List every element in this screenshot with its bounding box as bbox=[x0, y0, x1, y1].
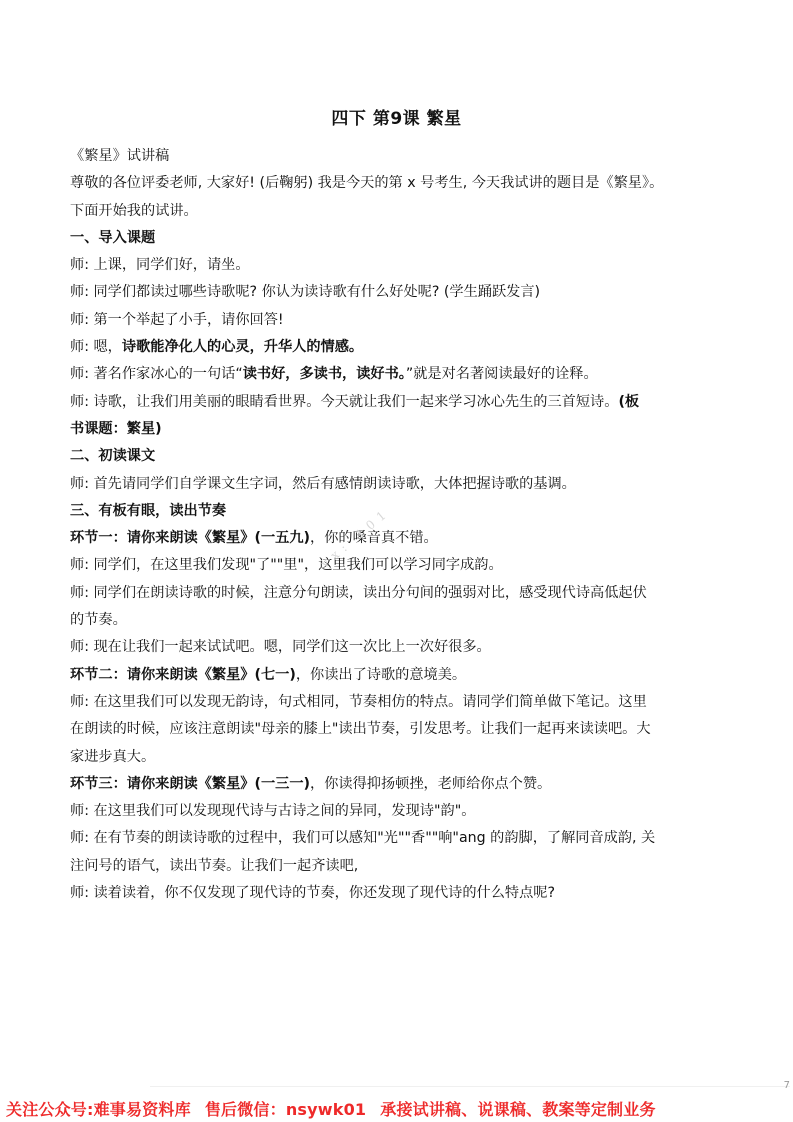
speaker-label: 师: bbox=[70, 639, 89, 655]
speaker-label: 师: bbox=[70, 257, 89, 273]
document-body: 《繁星》试讲稿 尊敬的各位评委老师, 大家好! (后鞠躬) 我是今天的第 x 号… bbox=[70, 143, 735, 907]
segment-title: 请你来朗读《繁星》(七一) bbox=[127, 667, 296, 683]
dialogue-text: 嗯， bbox=[93, 339, 121, 355]
dialogue-line: 师: 上课，同学们好，请坐。 bbox=[70, 252, 735, 279]
speaker-label: 师: bbox=[70, 284, 89, 300]
dialogue-line: 师: 读着读着，你不仅发现了现代诗的节奏，你还发现了现代诗的什么特点呢? bbox=[70, 880, 735, 907]
dialogue-text: 诗歌，让我们用美丽的眼睛看世界。今天就让我们一起来学习冰心先生的三首短诗。 bbox=[93, 394, 618, 410]
dialogue-line: 师: 在这里我们可以发现现代诗与古诗之间的异同，发现诗"韵"。 bbox=[70, 798, 735, 825]
dialogue-continuation: 注问号的语气，读出节奏。让我们一起齐读吧, bbox=[70, 853, 735, 880]
segment-heading-1: 环节一：请你来朗读《繁星》(一五九)，你的嗓音真不错。 bbox=[70, 525, 735, 552]
dialogue-text: 现在让我们一起来试试吧。嗯，同学们这一次比上一次好很多。 bbox=[93, 639, 490, 655]
dialogue-line: 师: 在这里我们可以发现无韵诗，句式相同，节奏相仿的特点。请同学们简单做下笔记。… bbox=[70, 689, 735, 716]
speaker-label: 师: bbox=[70, 885, 89, 901]
speaker-label: 师: bbox=[70, 312, 89, 328]
segment-heading-2: 环节二：请你来朗读《繁星》(七一)，你读出了诗歌的意境美。 bbox=[70, 662, 735, 689]
dialogue-line: 师: 著名作家冰心的一句话“读书好，多读书，读好书。”就是对名著阅读最好的诠释。 bbox=[70, 361, 735, 388]
speaker-label: 师: bbox=[70, 366, 89, 382]
dialogue-continuation: 家进步真大。 bbox=[70, 744, 735, 771]
dialogue-continuation: 的节奏。 bbox=[70, 607, 735, 634]
segment-heading-3: 环节三：请你来朗读《繁星》(一三一)，你读得抑扬顿挫，老师给你点个赞。 bbox=[70, 771, 735, 798]
promo-footer: 关注公众号:难事易资料库售后微信：nsywk01承接试讲稿、说课稿、教案等定制业… bbox=[6, 1097, 670, 1120]
dialogue-text: 在这里我们可以发现无韵诗，句式相同，节奏相仿的特点。请同学们简单做下笔记。这里 bbox=[93, 694, 646, 710]
dialogue-continuation: 书课题：繁星) bbox=[70, 416, 735, 443]
dialogue-continuation: 在朗读的时候，应该注意朗读"母亲的膝上"读出节奏，引发思考。让我们一起再来读读吧… bbox=[70, 716, 735, 743]
dialogue-text: 同学们都读过哪些诗歌呢? 你认为读诗歌有什么好处呢? (学生踊跃发言) bbox=[93, 284, 540, 300]
intro-line-1: 尊敬的各位评委老师, 大家好! (后鞠躬) 我是今天的第 x 号考生, 今天我试… bbox=[70, 170, 735, 197]
dialogue-text: 同学们，在这里我们发现"了""里"，这里我们可以学习同字成韵。 bbox=[93, 557, 502, 573]
speaker-label: 师: bbox=[70, 394, 89, 410]
corner-mark: 7 bbox=[784, 1080, 790, 1091]
dialogue-line: 师: 嗯，诗歌能净化人的心灵，升华人的情感。 bbox=[70, 334, 735, 361]
intro-line-2: 下面开始我的试讲。 bbox=[70, 198, 735, 225]
emphasis-text: 读书好，多读书，读好书。 bbox=[243, 366, 406, 382]
dialogue-line: 师: 同学们，在这里我们发现"了""里"，这里我们可以学习同字成韵。 bbox=[70, 552, 735, 579]
segment-label: 环节三： bbox=[70, 776, 127, 792]
section-heading-3: 三、有板有眼，读出节奏 bbox=[70, 498, 735, 525]
dialogue-line: 师: 同学们都读过哪些诗歌呢? 你认为读诗歌有什么好处呢? (学生踊跃发言) bbox=[70, 279, 735, 306]
segment-comment: ，你读出了诗歌的意境美。 bbox=[296, 667, 466, 683]
emphasis-text: 诗歌能净化人的心灵，升华人的情感。 bbox=[122, 339, 363, 355]
dialogue-line: 师: 现在让我们一起来试试吧。嗯，同学们这一次比上一次好很多。 bbox=[70, 634, 735, 661]
speaker-label: 师: bbox=[70, 830, 89, 846]
document-page: 四下 第9课 繁星 《繁星》试讲稿 尊敬的各位评委老师, 大家好! (后鞠躬) … bbox=[0, 0, 793, 1122]
speaker-label: 师: bbox=[70, 339, 89, 355]
segment-title: 请你来朗读《繁星》(一五九) bbox=[127, 530, 310, 546]
dialogue-text: 同学们在朗读诗歌的时候，注意分句朗读，读出分句间的强弱对比，感受现代诗高低起伏 bbox=[93, 585, 646, 601]
footer-divider bbox=[150, 1086, 790, 1087]
dialogue-text: 上课，同学们好，请坐。 bbox=[93, 257, 249, 273]
dialogue-text: 读着读着，你不仅发现了现代诗的节奏，你还发现了现代诗的什么特点呢? bbox=[93, 885, 555, 901]
segment-comment: ，你读得抑扬顿挫，老师给你点个赞。 bbox=[310, 776, 551, 792]
dialogue-line: 师: 在有节奏的朗读诗歌的过程中，我们可以感知"光""香""响"ang 的韵脚，… bbox=[70, 825, 735, 852]
emphasis-text: (板 bbox=[618, 394, 639, 410]
speaker-label: 师: bbox=[70, 694, 89, 710]
segment-comment: ，你的嗓音真不错。 bbox=[310, 530, 438, 546]
section-heading-2: 二、初读课文 bbox=[70, 443, 735, 470]
dialogue-text: ”就是对名著阅读最好的诠释。 bbox=[406, 366, 598, 382]
dialogue-text: 在有节奏的朗读诗歌的过程中，我们可以感知"光""香""响"ang 的韵脚，了解同… bbox=[93, 830, 655, 846]
dialogue-line: 师: 第一个举起了小手，请你回答! bbox=[70, 307, 735, 334]
dialogue-line: 师: 诗歌，让我们用美丽的眼睛看世界。今天就让我们一起来学习冰心先生的三首短诗。… bbox=[70, 389, 735, 416]
speaker-label: 师: bbox=[70, 476, 89, 492]
footer-wechat: 售后微信：nsywk01 bbox=[205, 1100, 366, 1119]
dialogue-line: 师: 首先请同学们自学课文生字词，然后有感情朗读诗歌，大体把握诗歌的基调。 bbox=[70, 471, 735, 498]
footer-service: 承接试讲稿、说课稿、教案等定制业务 bbox=[380, 1100, 655, 1119]
document-title: 四下 第9课 繁星 bbox=[0, 104, 793, 129]
segment-title: 请你来朗读《繁星》(一三一) bbox=[127, 776, 310, 792]
dialogue-text: 首先请同学们自学课文生字词，然后有感情朗读诗歌，大体把握诗歌的基调。 bbox=[93, 476, 575, 492]
dialogue-text: 第一个举起了小手，请你回答! bbox=[93, 312, 283, 328]
speaker-label: 师: bbox=[70, 803, 89, 819]
speaker-label: 师: bbox=[70, 585, 89, 601]
segment-label: 环节二： bbox=[70, 667, 127, 683]
dialogue-line: 师: 同学们在朗读诗歌的时候，注意分句朗读，读出分句间的强弱对比，感受现代诗高低… bbox=[70, 580, 735, 607]
footer-account: 关注公众号:难事易资料库 bbox=[6, 1100, 191, 1119]
speaker-label: 师: bbox=[70, 557, 89, 573]
dialogue-text: 在这里我们可以发现现代诗与古诗之间的异同，发现诗"韵"。 bbox=[93, 803, 475, 819]
segment-label: 环节一： bbox=[70, 530, 127, 546]
section-heading-1: 一、导入课题 bbox=[70, 225, 735, 252]
document-subtitle: 《繁星》试讲稿 bbox=[70, 143, 735, 170]
dialogue-text: 著名作家冰心的一句话“ bbox=[93, 366, 242, 382]
